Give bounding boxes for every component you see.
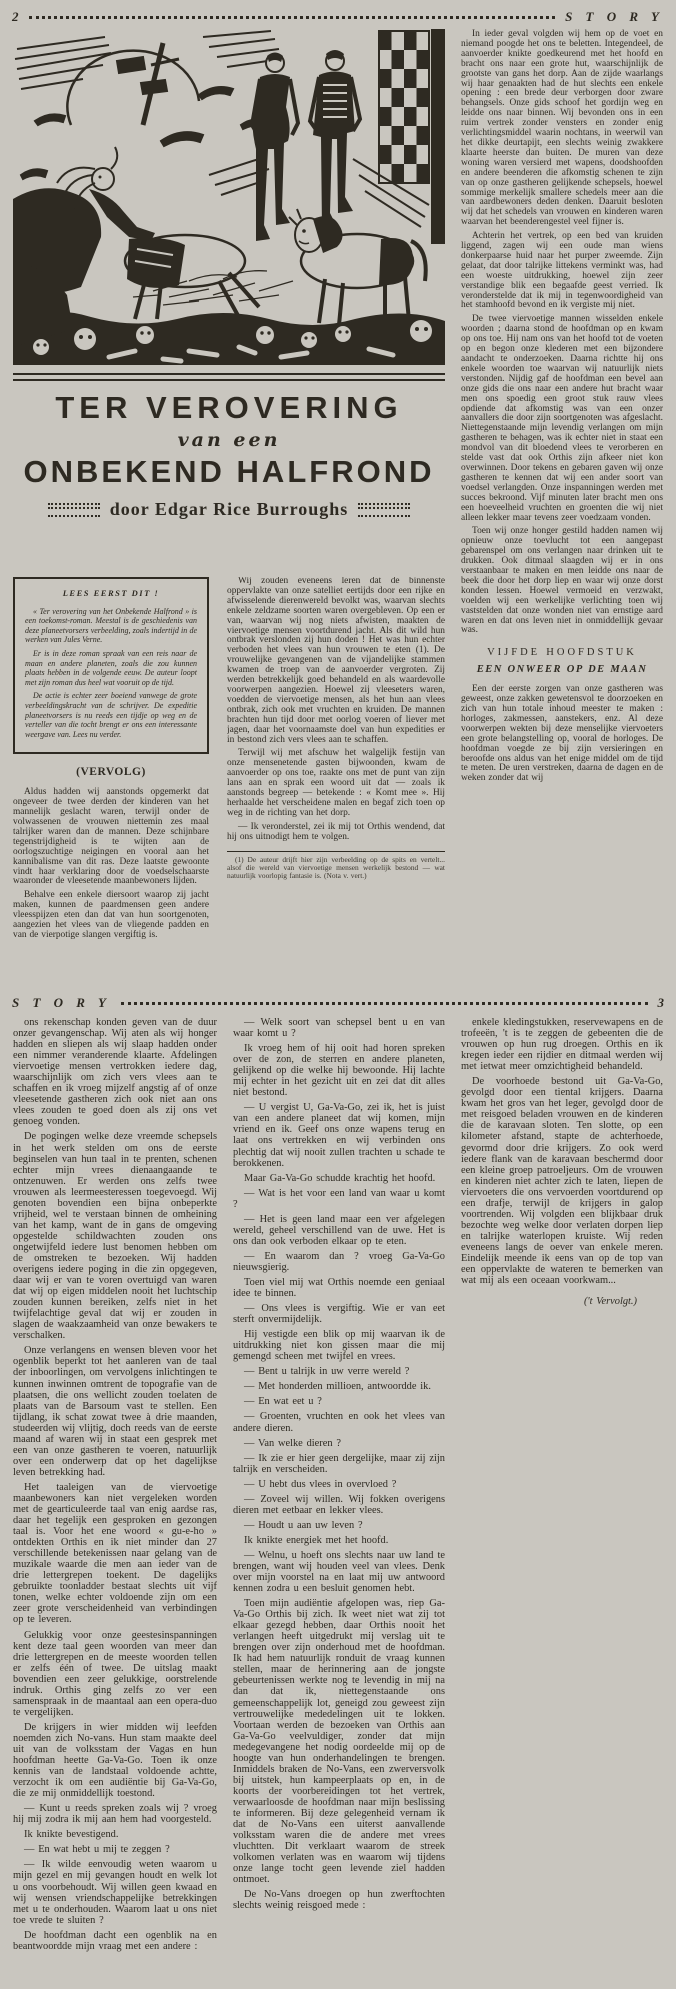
page3-column-3: enkele kledingstukken, reservewapens en … (461, 1017, 663, 1975)
creature-quadruped-left (125, 235, 259, 321)
author-byline: door Edgar Rice Burroughs (110, 499, 349, 520)
article-title-block: TER VEROVERING van een ONBEKEND HALFROND… (13, 365, 445, 573)
page3-running-head: S T O R Y 3 (0, 985, 676, 1013)
below-title-columns: LEES EERST DIT ! « Ter verovering van he… (13, 577, 445, 945)
paragraph: In ieder geval volgden wij hem op de voe… (461, 30, 663, 228)
paragraph: ons rekenschap konden geven van de duur … (13, 1017, 217, 1127)
to-be-continued: ('t Vervolgt.) (461, 1296, 663, 1307)
paragraph: — Ik veronderstel, zei ik mij tot Orthis… (227, 823, 445, 843)
paragraph: Aldus hadden wij aanstonds opgemerkt dat… (13, 788, 209, 887)
paragraph: Hij vestigde een blik op mij waarvan ik … (233, 1329, 445, 1362)
paragraph: — Wat is het voor een land van waar u ko… (233, 1188, 445, 1210)
paragraph: De pogingen welke deze vreemde schepsels… (13, 1131, 217, 1341)
paragraph: Een der eerste zorgen van onze gastheren… (461, 685, 663, 784)
paragraph: — Ik wilde eenvoudig weten waarom u mijn… (13, 1859, 217, 1925)
paragraph: Toen viel mij wat Orthis noemde een geni… (233, 1277, 445, 1299)
decorative-wave-rule (29, 11, 556, 19)
paragraph: Toen mijn audiëntie afgelopen was, riep … (233, 1598, 445, 1885)
paragraph: Terwijl wij met afschuw het walgelijk fe… (227, 749, 445, 818)
page3-column-1: ons rekenschap konden geven van de duur … (13, 1017, 217, 1975)
byline-row: door Edgar Rice Burroughs (13, 499, 445, 520)
paragraph: enkele kledingstukken, reservewapens en … (461, 1017, 663, 1072)
paragraph: Onze verlangens en wensen bleven voor he… (13, 1345, 217, 1478)
paragraph: Wij zouden eveneens leren dat de binnens… (227, 577, 445, 745)
paragraph: — Welk soort van schepsel bent u en van … (233, 1017, 445, 1039)
paragraph: — Groenten, vruchten en ook het vlees va… (233, 1411, 445, 1433)
page2-column-2: Wij zouden eveneens leren dat de binnens… (227, 577, 445, 945)
paragraph: — Van welke dieren ? (233, 1438, 445, 1449)
page2-col1-text: Aldus hadden wij aanstonds opgemerkt dat… (13, 788, 209, 941)
paragraph: Gelukkig voor onze geestesinspanningen k… (13, 1630, 217, 1718)
paragraph: Maar Ga-Va-Go schudde krachtig het hoofd… (233, 1173, 445, 1184)
paragraph: Het taaleigen van de viervoetige maanbew… (13, 1482, 217, 1626)
paragraph: De actie is echter zeer boeiend vanwege … (25, 691, 197, 739)
byline-flourish-left (48, 503, 100, 517)
paragraph: Ik knikte energiek met het hoofd. (233, 1535, 445, 1546)
translator-footnote: (1) De auteur drijft hier zijn verbeeldi… (227, 851, 445, 881)
read-this-first-box: LEES EERST DIT ! « Ter verovering van he… (13, 577, 209, 754)
magazine-name: S T O R Y (565, 9, 664, 25)
page2-column-1: LEES EERST DIT ! « Ter verovering van he… (13, 577, 209, 945)
page2-number: 2 (12, 9, 19, 25)
figure-earthman-2 (310, 50, 360, 229)
paragraph: — En wat hebt u mij te zeggen ? (13, 1844, 217, 1855)
magazine-name: S T O R Y (12, 995, 111, 1011)
paragraph: Ik vroeg hem of hij ooit had horen sprek… (233, 1043, 445, 1098)
paragraph: De voorhoede bestond uit Ga-Va-Go, gevol… (461, 1076, 663, 1286)
magazine-page: 2 S T O R Y (0, 0, 676, 1989)
page2-left-block: TER VEROVERING van een ONBEKEND HALFROND… (13, 27, 445, 979)
paragraph: De No-Vans droegen op hun zwerftochten s… (233, 1889, 445, 1911)
page3-number: 3 (658, 995, 665, 1011)
byline-flourish-right (358, 503, 410, 517)
paragraph: — U vergist U, Ga-Va-Go, zei ik, het is … (233, 1102, 445, 1168)
creature-quadruped-right (289, 209, 426, 327)
article-title-line2: van een (13, 428, 445, 452)
figure-earthman-1 (252, 53, 298, 242)
paragraph: — En wat eet u ? (233, 1396, 445, 1407)
paragraph: — Ons vlees is vergiftig. Wie er van eet… (233, 1303, 445, 1325)
paragraph: Toen wij onze honger gestild hadden name… (461, 527, 663, 636)
double-rule (13, 373, 445, 381)
page2-body: TER VEROVERING van een ONBEKEND HALFROND… (0, 27, 676, 979)
paragraph: — Houdt u aan uw leven ? (233, 1520, 445, 1531)
paragraph: Behalve een enkele diersoort waarop zij … (13, 891, 209, 941)
decorative-wave-rule (121, 997, 648, 1005)
story-illustration (13, 29, 445, 365)
paragraph: — U hebt dus vlees in overvloed ? (233, 1479, 445, 1490)
checkered-pillar (353, 29, 445, 244)
paragraph: Achterin het vertrek, op een bed van kru… (461, 232, 663, 311)
page3-body: ons rekenschap konden geven van de duur … (0, 1013, 676, 1975)
paragraph: — Kunt u reeds spreken zoals wij ? vroeg… (13, 1803, 217, 1825)
paragraph: — Zoveel wij willen. Wij fokken overigen… (233, 1494, 445, 1516)
paragraph: — En waarom dan ? vroeg Ga-Va-Go nieuwsg… (233, 1251, 445, 1273)
paragraph: « Ter verovering van het Onbekende Halfr… (25, 607, 197, 645)
paragraph: Er is in deze roman spraak van een reis … (25, 649, 197, 687)
lead-box-heading: LEES EERST DIT ! (25, 589, 197, 599)
paragraph: De twee viervoetige mannen wisselden enk… (461, 315, 663, 523)
paragraph: — Welnu, u hoeft ons slechts naar uw lan… (233, 1550, 445, 1594)
paragraph: — Ik zie er hier geen dergelijke, maar z… (233, 1453, 445, 1475)
paragraph: Ik knikte bevestigend. (13, 1829, 217, 1840)
page2-column-3: In ieder geval volgden wij hem op de voe… (461, 27, 663, 979)
page2-running-head: 2 S T O R Y (0, 0, 676, 27)
paragraph: — Het is geen land maar een ver afgelege… (233, 1214, 445, 1247)
chapter-heading: VIJFDE HOOFDSTUK (461, 648, 663, 658)
article-title-line3: ONBEKEND HALFROND (13, 455, 445, 489)
continuation-label: (VERVOLG) (13, 766, 209, 778)
page3-column-2: — Welk soort van schepsel bent u en van … (233, 1017, 445, 1975)
paragraph: — Met honderden millioen, antwoordde ik. (233, 1381, 445, 1392)
paragraph: — Bent u talrijk in uw verre wereld ? (233, 1366, 445, 1377)
paragraph: De hoofdman dacht een ogenblik na en bea… (13, 1930, 217, 1952)
article-title-line1: TER VEROVERING (13, 391, 445, 425)
paragraph: De krijgers in wier midden wij leefden n… (13, 1722, 217, 1799)
chapter-subheading: EEN ONWEER OP DE MAAN (461, 665, 663, 675)
